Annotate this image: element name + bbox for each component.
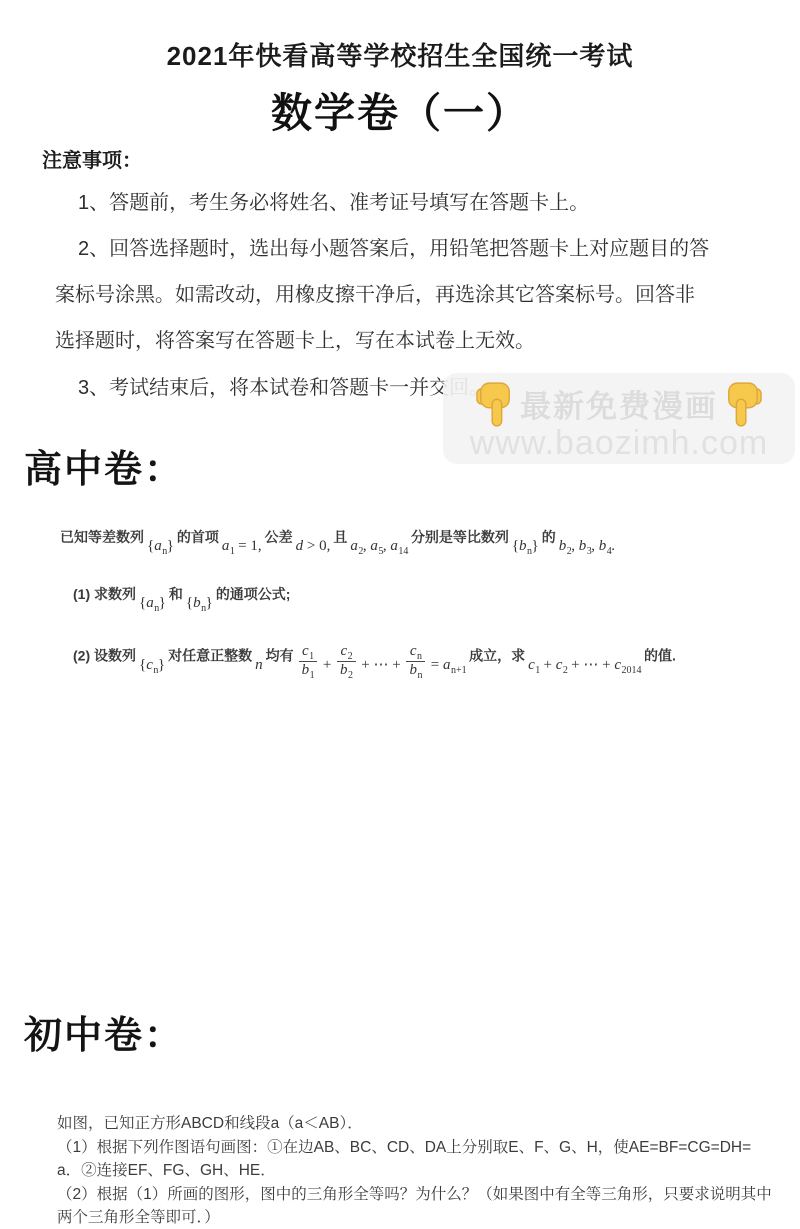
section-title-junior-high: 初中卷： — [24, 1004, 184, 1059]
jhs-problem-line-4: （2）根据（1）所画的图形，图中的三角形全等吗？为什么？（如果图中有全等三角形，… — [57, 1183, 787, 1207]
pointing-down-hand-icon — [724, 380, 762, 428]
watermark-row-1: 最新免费漫画 — [476, 380, 762, 428]
section-title-high-school: 高中卷： — [24, 438, 184, 493]
notice-item-2-line-3: 选择题时，将答案写在答题卡上，写在本试卷上无效。 — [55, 324, 535, 353]
jhs-problem-line-3: a．②连接EF、FG、GH、HE． — [57, 1159, 787, 1183]
notice-item-2-line-1: 2、回答选择题时，选出每小题答案后，用铅笔把答题卡上对应题目的答 — [78, 232, 709, 261]
watermark-text: 最新免费漫画 — [520, 381, 718, 426]
hs-problem-part-2: (2) 设数列{cn}对任意正整数n均有c1b1 + c2b2 + ⋯ + cn… — [73, 640, 676, 675]
jhs-problem-line-2: （1）根据下列作图语句画图：①在边AB、BC、CD、DA上分别取E、F、G、H，… — [57, 1136, 787, 1160]
notice-item-2-line-2: 案标号涂黑。如需改动，用橡皮擦干净后，再选涂其它答案标号。回答非 — [55, 278, 695, 307]
notice-heading: 注意事项： — [42, 144, 142, 173]
notice-item-3: 3、考试结束后，将本试卷和答题卡一并交回。 — [78, 371, 489, 400]
watermark-overlay: 最新免费漫画 www.baozimh.com — [443, 373, 795, 464]
exam-header-title: 2021年快看高等学校招生全国统一考试 — [0, 36, 800, 73]
notice-item-1: 1、答题前，考生务必将姓名、准考证号填写在答题卡上。 — [78, 186, 589, 215]
watermark-url: www.baozimh.com — [470, 426, 768, 460]
hs-problem-part-1: (1) 求数列{an}和{bn}的通项公式; — [73, 584, 290, 604]
hs-problem-intro: 已知等差数列{an}的首项a1 = 1,公差d > 0,且a2, a5, a14… — [60, 527, 618, 547]
pointing-down-hand-icon — [476, 380, 514, 428]
jhs-problem-line-1: 如图，已知正方形ABCD和线段a（a＜AB）． — [57, 1112, 787, 1136]
jhs-problem-line-5: 两个三角形全等即可．） — [57, 1206, 787, 1229]
paper-title: 数学卷（一） — [0, 80, 800, 139]
jhs-problem-block: 如图，已知正方形ABCD和线段a（a＜AB）． （1）根据下列作图语句画图：①在… — [57, 1112, 787, 1229]
